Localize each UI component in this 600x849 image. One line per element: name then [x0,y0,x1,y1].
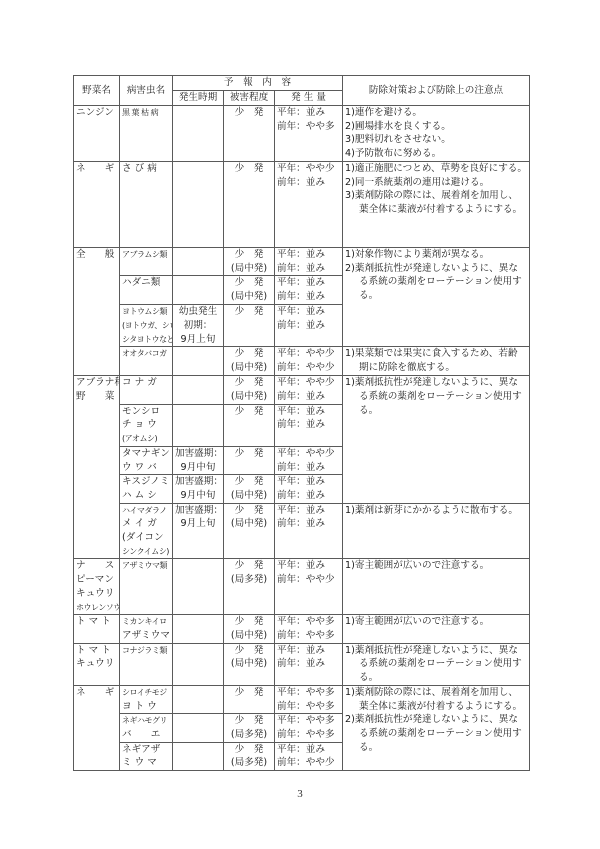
damage-cell: 少 発(局中発) [224,247,275,275]
damage-cell-line: (局中発) [226,262,272,276]
header-amount: 発 生 量 [275,91,343,106]
damage-cell-line: (局中発) [226,290,272,304]
timing-cell [173,643,224,685]
damage-cell: 少 発 [224,106,275,162]
table-row: ネ ギシロイチモジヨ ト ウ少 発平年：やや多前年：やや多1)薬剤防除の際には、… [74,685,530,713]
vegetable-cell-line: ト マ ト [76,615,117,629]
pest-cell-line: タマナギン [122,447,170,461]
amount-cell: 平年：並み前年：並み [275,475,343,503]
timing-cell [173,161,224,247]
damage-cell: 少 発(局多発) [224,714,275,742]
pest-cell-line: ミ ウ マ [122,756,170,770]
timing-cell-line: 加害盛期： [175,504,221,518]
pest-cell: シロイチモジヨ ト ウ [120,685,173,713]
amount-cell-line: 前年：やや多 [277,629,340,643]
amount-cell-line: 平年：やや多 [277,714,340,728]
amount-cell-line: 前年：並み [277,489,340,503]
pest-cell: 黒 葉 枯 病 [120,106,173,162]
amount-cell: 平年：やや多前年：やや多 [275,615,343,643]
measures-cell-line: 1)薬剤は新芽にかかるように散布する。 [345,504,527,518]
damage-cell-line: 少 発 [226,686,272,700]
header-timing: 発生時期 [173,91,224,106]
amount-cell-line: 前年：並み [277,319,340,333]
timing-cell [173,404,224,446]
vegetable-cell: ネ ギ [74,161,120,247]
measures-cell-line: 1)適正施肥につとめ、草勢を良好にする。 [345,162,527,176]
timing-cell: 幼虫発生初期：9月上旬 [173,305,224,347]
vegetable-cell: 全 般 [74,247,120,376]
timing-cell-line: 加害盛期： [175,447,221,461]
vegetable-cell-line: 野 菜 [76,390,117,404]
table-row: ナ スピーマンキュウリホウレンソウアザミウマ類少 発(局多発)平年：並み前年：や… [74,559,530,615]
measures-cell: 1)連作を避ける。2)圃場排水を良くする。3)肥料切れをさせない。4)予防散布に… [343,106,530,162]
damage-cell-line: (局中発) [226,361,272,375]
damage-cell-line: 少 発 [226,248,272,262]
pest-cell-line: ハ ム シ [122,489,170,503]
damage-cell-line: (局中発) [226,629,272,643]
pest-cell-line: メ イ ガ [122,517,170,531]
damage-cell-line: 少 発 [226,615,272,629]
vegetable-cell: ト マ ト [74,615,120,643]
vegetable-cell: アブラナ科野 菜 [74,376,120,559]
measures-cell-line: 3)薬剤防除の際には、展着剤を加用し、葉全体に薬液が付着するようにする。 [345,189,527,216]
timing-cell [173,276,224,305]
vegetable-cell-line: キュウリ [76,657,117,671]
timing-cell [173,615,224,643]
pest-cell-line: (アオムシ) [122,432,170,446]
pest-cell-line: (ヨトウガ、シロ [122,319,170,333]
damage-cell-line: (局多発) [226,573,272,587]
pest-cell: モンシロチ ョ ウ(アオムシ) [120,404,173,446]
timing-cell-line: 9月上旬 [175,333,221,347]
header-measures: 防除対策および防除上の注意点 [343,76,530,106]
pest-cell-line: ネギアザ [122,743,170,757]
measures-cell: 1)薬剤は新芽にかかるように散布する。 [343,503,530,559]
table-body: ニンジン黒 葉 枯 病少 発平年：並み前年：やや多1)連作を避ける。2)圃場排水… [74,106,530,771]
pest-cell-line: アザミウマ類 [122,559,170,573]
damage-cell: 少 発 [224,161,275,247]
amount-cell-line: 平年：並み [277,405,340,419]
amount-cell-line: 平年：並み [277,276,340,290]
amount-cell-line: 平年：並み [277,644,340,658]
pest-cell: ネギアザミ ウ マ [120,742,173,770]
vegetable-cell: ナ スピーマンキュウリホウレンソウ [74,559,120,615]
pest-cell-line: ネギハモグリ [122,714,170,728]
amount-cell-line: 平年：並み [277,475,340,489]
amount-cell-line: 前年：やや多 [277,120,340,134]
table-row: 全 般アブラムシ類少 発(局中発)平年：並み前年：並み1)対象作物により薬剤が異… [74,247,530,275]
measures-cell: 1)適正施肥につとめ、草勢を良好にする。2)同一系統薬剤の連用は避ける。3)薬剤… [343,161,530,247]
measures-cell-line: 1)寄主範囲が広いので注意する。 [345,559,527,573]
amount-cell-line: 前年：並み [277,290,340,304]
vegetable-cell-line: ト マ ト [76,644,117,658]
pest-cell-line: ハイマダラノ [122,504,170,518]
table-row: ト マ トミカンキイロアザミウマ少 発(局中発)平年：やや多前年：やや多1)寄主… [74,615,530,643]
amount-cell-line: 前年：並み [277,418,340,432]
vegetable-cell-line: ニンジン [76,106,117,120]
timing-cell [173,106,224,162]
pest-cell-line: ウ ワ バ [122,461,170,475]
pest-cell: ミカンキイロアザミウマ [120,615,173,643]
timing-cell-line: 幼虫発生 [175,305,221,319]
amount-cell-line: 前年：並み [277,657,340,671]
pest-cell: オオタバコガ [120,347,173,376]
damage-cell-line: 少 発 [226,106,272,120]
damage-cell-line: 少 発 [226,504,272,518]
damage-cell-line: (局中発) [226,390,272,404]
amount-cell: 平年：並み前年：並み [275,276,343,305]
pest-cell-line: ハダニ類 [122,276,170,290]
table-row: オオタバコガ少 発(局中発)平年：やや少前年：やや少1)果菜類では果実に食入する… [74,347,530,376]
table-row: ニンジン黒 葉 枯 病少 発平年：並み前年：やや多1)連作を避ける。2)圃場排水… [74,106,530,162]
timing-cell [173,247,224,275]
pest-cell: キスジノミハ ム シ [120,475,173,503]
timing-cell [173,714,224,742]
damage-cell: 少 発(局多発) [224,559,275,615]
table-row: ト マ トキュウリコナジラミ類少 発(局中発)平年：並み前年：並み1)薬剤抵抗性… [74,643,530,685]
measures-cell-line: 1)薬剤抵抗性が発達しないように、異なる系統の薬剤をローテーション使用する。 [345,376,527,417]
damage-cell-line: (局中発) [226,489,272,503]
measures-cell-line: 1)薬剤抵抗性が発達しないように、異なる系統の薬剤をローテーション使用する。 [345,644,527,685]
pest-forecast-table: 野菜名 病害虫名 予 報 内 容 防除対策および防除上の注意点 発生時期 被害程… [73,75,530,771]
amount-cell-line: 前年：並み [277,461,340,475]
amount-cell-line: 前年：やや多 [277,728,340,742]
pest-cell: アザミウマ類 [120,559,173,615]
damage-cell-line: 少 発 [226,305,272,319]
amount-cell-line: 平年：並み [277,106,340,120]
pest-cell-line: バ エ [122,728,170,742]
damage-cell-line: 少 発 [226,644,272,658]
measures-cell: 1)薬剤抵抗性が発達しないように、異なる系統の薬剤をローテーション使用する。 [343,376,530,503]
damage-cell-line: (局中発) [226,657,272,671]
table-row: ハイマダラノメ イ ガ(ダイコンシンクイムシ)加害盛期：9月上旬少 発(局中発)… [74,503,530,559]
amount-cell-line: 平年：やや多 [277,686,340,700]
pest-cell-line: オオタバコガ [122,347,170,361]
damage-cell: 少 発(局中発) [224,376,275,404]
damage-cell-line: 少 発 [226,276,272,290]
amount-cell-line: 前年：やや少 [277,573,340,587]
amount-cell: 平年：並み前年：並み [275,247,343,275]
pest-cell-line: キスジノミ [122,475,170,489]
amount-cell: 平年：並み前年：並み [275,305,343,347]
pest-cell: コ ナ ガ [120,376,173,404]
amount-cell-line: 平年：並み [277,305,340,319]
timing-cell-line: 初期： [175,319,221,333]
pest-cell-line: (ダイコン [122,531,170,545]
header-vegetable: 野菜名 [74,76,120,106]
measures-cell-line: 1)果菜類では果実に食入するため、若齢期に防除を徹底する。 [345,347,527,374]
vegetable-cell-line: ネ ギ [76,686,117,700]
damage-cell-line: 少 発 [226,475,272,489]
timing-cell: 加害盛期：9月中旬 [173,475,224,503]
vegetable-cell: ネ ギ [74,685,120,770]
damage-cell: 少 発(局中発) [224,276,275,305]
measures-cell: 1)対象作物により薬剤が異なる。2)薬剤抵抗性が発達しないように、異なる系統の薬… [343,247,530,347]
damage-cell-line: 少 発 [226,405,272,419]
vegetable-cell: ト マ トキュウリ [74,643,120,685]
measures-cell-line: 2)薬剤抵抗性が発達しないように、異なる系統の薬剤をローテーション使用する。 [345,262,527,303]
timing-cell [173,376,224,404]
amount-cell: 平年：やや少前年：並み [275,376,343,404]
damage-cell-line: 少 発 [226,559,272,573]
pest-cell: コナジラミ類 [120,643,173,685]
amount-cell: 平年：並み前年：やや少 [275,742,343,770]
header-forecast-group: 予 報 内 容 [173,76,343,91]
damage-cell-line: 少 発 [226,714,272,728]
measures-cell-line: 1)寄主範囲が広いので注意する。 [345,615,527,629]
timing-cell-line: 9月中旬 [175,489,221,503]
vegetable-cell-line: キュウリ [76,587,117,601]
damage-cell: 少 発(局中発) [224,503,275,559]
header-damage: 被害程度 [224,91,275,106]
table-row: ネ ギさ び 病少 発平年：やや少前年：並み1)適正施肥につとめ、草勢を良好にす… [74,161,530,247]
table-row: アブラナ科野 菜コ ナ ガ少 発(局中発)平年：やや少前年：並み1)薬剤抵抗性が… [74,376,530,404]
vegetable-cell-line: ピーマン [76,573,117,587]
amount-cell-line: 前年：並み [277,262,340,276]
damage-cell: 少 発(局中発) [224,615,275,643]
amount-cell: 平年：やや少前年：やや少 [275,347,343,376]
pest-cell: ヨトウムシ類(ヨトウガ、シロシタヨトウなど) [120,305,173,347]
pest-cell-line: シタヨトウなど) [122,333,170,347]
amount-cell-line: 平年：並み [277,743,340,757]
amount-cell: 平年：やや少前年：並み [275,446,343,474]
pest-cell: さ び 病 [120,161,173,247]
amount-cell-line: 前年：並み [277,517,340,531]
amount-cell-line: 平年：並み [277,559,340,573]
amount-cell: 平年：並み前年：やや多 [275,106,343,162]
damage-cell-line: 少 発 [226,447,272,461]
vegetable-cell-line: 全 般 [76,248,117,262]
pest-cell-line: さ び 病 [122,162,170,176]
damage-cell-line: 少 発 [226,162,272,176]
amount-cell-line: 前年：やや少 [277,361,340,375]
pest-cell-line: アザミウマ [122,629,170,643]
pest-cell: ハイマダラノメ イ ガ(ダイコンシンクイムシ) [120,503,173,559]
measures-cell-line: 1)対象作物により薬剤が異なる。 [345,248,527,262]
measures-cell-line: 2)同一系統薬剤の連用は避ける。 [345,176,527,190]
damage-cell-line: 少 発 [226,347,272,361]
amount-cell-line: 平年：並み [277,248,340,262]
measures-cell: 1)薬剤防除の際には、展着剤を加用し、葉全体に薬液が付着するようにする。2)薬剤… [343,685,530,770]
damage-cell: 少 発(局中発) [224,347,275,376]
damage-cell: 少 発(局中発) [224,475,275,503]
measures-cell: 1)薬剤抵抗性が発達しないように、異なる系統の薬剤をローテーション使用する。 [343,643,530,685]
measures-cell-line: 2)圃場排水を良くする。 [345,120,527,134]
amount-cell: 平年：並み前年：やや少 [275,559,343,615]
damage-cell: 少 発(局多発) [224,742,275,770]
amount-cell: 平年：やや多前年：やや多 [275,685,343,713]
damage-cell-line: (局多発) [226,756,272,770]
pest-cell-line: ヨ ト ウ [122,700,170,714]
measures-cell: 1)寄主範囲が広いので注意する。 [343,615,530,643]
damage-cell-line: (局多発) [226,728,272,742]
timing-cell-line: 加害盛期： [175,475,221,489]
amount-cell: 平年：並み前年：並み [275,404,343,446]
timing-cell [173,685,224,713]
pest-cell-line: アブラムシ類 [122,248,170,262]
vegetable-cell-line: ナ ス [76,559,117,573]
amount-cell-line: 前年：並み [277,176,340,190]
measures-cell-line: 1)連作を避ける。 [345,106,527,120]
amount-cell-line: 平年：やや少 [277,162,340,176]
pest-cell-line: チ ョ ウ [122,418,170,432]
amount-cell-line: 平年：並み [277,504,340,518]
vegetable-cell-line: ホウレンソウ [76,601,117,615]
pest-cell-line: コナジラミ類 [122,644,170,658]
timing-cell: 加害盛期：9月中旬 [173,446,224,474]
header-pest: 病害虫名 [120,76,173,106]
pest-cell-line: コ ナ ガ [122,376,170,390]
damage-cell: 少 発(局中発) [224,643,275,685]
damage-cell-line: (局中発) [226,517,272,531]
pest-cell-line: モンシロ [122,405,170,419]
amount-cell-line: 平年：やや少 [277,376,340,390]
pest-cell: ネギハモグリバ エ [120,714,173,742]
damage-cell: 少 発 [224,446,275,474]
amount-cell-line: 前年：やや少 [277,756,340,770]
amount-cell: 平年：やや少前年：並み [275,161,343,247]
damage-cell: 少 発 [224,685,275,713]
page-number: 3 [0,788,600,800]
damage-cell-line: 少 発 [226,376,272,390]
timing-cell-line: 9月上旬 [175,517,221,531]
pest-cell: ハダニ類 [120,276,173,305]
vegetable-cell-line: アブラナ科 [76,376,117,390]
pest-cell-line: シロイチモジ [122,686,170,700]
vegetable-cell-line: ネ ギ [76,162,117,176]
amount-cell: 平年：並み前年：並み [275,503,343,559]
timing-cell [173,742,224,770]
timing-cell: 加害盛期：9月上旬 [173,503,224,559]
pest-cell-line: ミカンキイロ [122,615,170,629]
amount-cell-line: 平年：やや少 [277,347,340,361]
amount-cell-line: 前年：並み [277,390,340,404]
timing-cell [173,559,224,615]
amount-cell-line: 平年：やや少 [277,447,340,461]
amount-cell-line: 前年：やや多 [277,700,340,714]
damage-cell-line: 少 発 [226,743,272,757]
damage-cell: 少 発 [224,305,275,347]
measures-cell: 1)寄主範囲が広いので注意する。 [343,559,530,615]
measures-cell: 1)果菜類では果実に食入するため、若齢期に防除を徹底する。 [343,347,530,376]
timing-cell [173,347,224,376]
measures-cell-line: 2)薬剤抵抗性が発達しないように、異なる系統の薬剤をローテーション使用する。 [345,713,527,754]
measures-cell-line: 4)予防散布に努める。 [345,147,527,161]
measures-cell-line: 3)肥料切れをさせない。 [345,133,527,147]
amount-cell: 平年：やや多前年：やや多 [275,714,343,742]
amount-cell: 平年：並み前年：並み [275,643,343,685]
damage-cell: 少 発 [224,404,275,446]
vegetable-cell: ニンジン [74,106,120,162]
timing-cell-line: 9月中旬 [175,461,221,475]
amount-cell-line: 平年：やや多 [277,615,340,629]
pest-cell-line: 黒 葉 枯 病 [122,106,170,120]
pest-cell: アブラムシ類 [120,247,173,275]
measures-cell-line: 1)薬剤防除の際には、展着剤を加用し、葉全体に薬液が付着するようにする。 [345,686,527,713]
pest-cell-line: シンクイムシ) [122,545,170,559]
pest-cell: タマナギンウ ワ バ [120,446,173,474]
pest-cell-line: ヨトウムシ類 [122,305,170,319]
